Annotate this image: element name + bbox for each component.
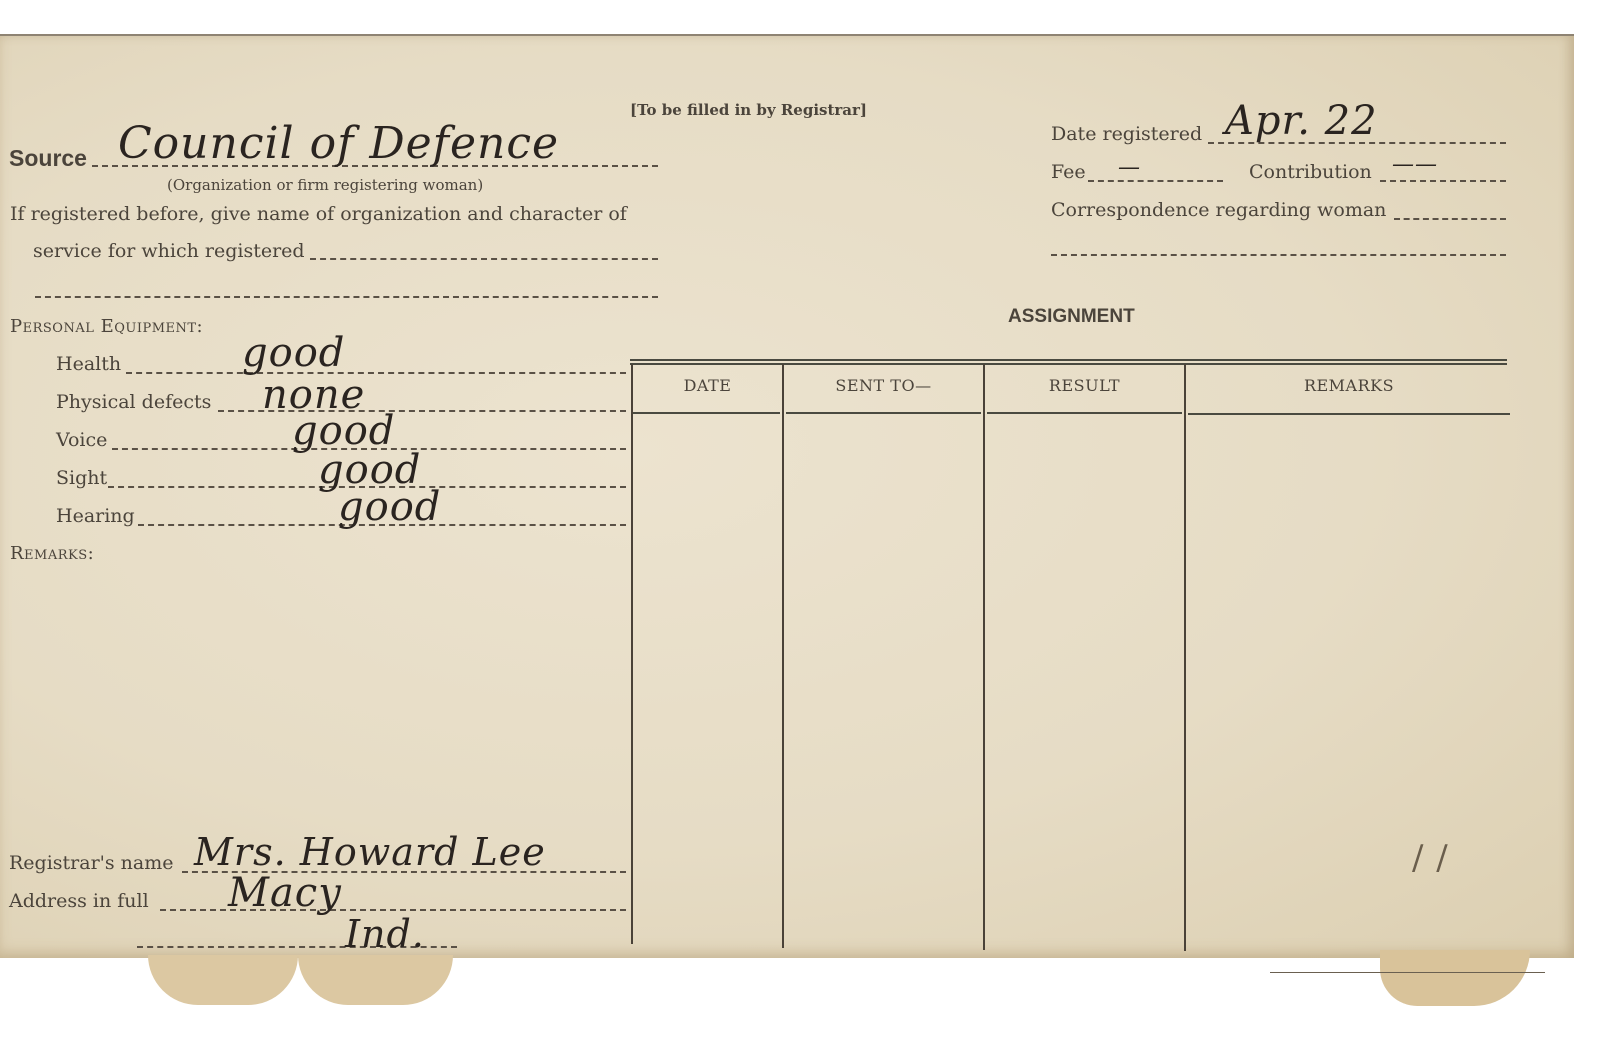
date-registered-value[interactable]: Apr. 22 bbox=[1225, 98, 1378, 144]
result-column-cells[interactable] bbox=[985, 416, 1184, 941]
source-hint: (Organization or firm registering woman) bbox=[167, 176, 483, 194]
fee-label: Fee bbox=[1051, 161, 1086, 183]
correspondence-line[interactable] bbox=[1394, 218, 1506, 220]
contribution-label: Contribution bbox=[1249, 161, 1372, 183]
hearing-value[interactable]: good bbox=[338, 484, 441, 530]
contribution-value[interactable]: —— bbox=[1392, 152, 1438, 177]
remarks-column-cells[interactable] bbox=[1186, 416, 1512, 941]
contribution-line bbox=[1380, 180, 1506, 182]
source-value[interactable]: Council of Defence bbox=[118, 118, 559, 169]
fee-value[interactable]: — bbox=[1118, 155, 1141, 180]
remarks-area[interactable] bbox=[10, 575, 610, 825]
date-column-cells[interactable] bbox=[633, 416, 782, 941]
registrar-name-value[interactable]: Mrs. Howard Lee bbox=[194, 830, 546, 874]
hearing-label: Hearing bbox=[56, 505, 135, 527]
voice-label: Voice bbox=[56, 429, 107, 451]
registrar-name-label: Registrar's name bbox=[9, 852, 174, 874]
header-underline-sent-to bbox=[786, 412, 981, 414]
source-label: Source bbox=[9, 145, 87, 172]
col-header-sent-to: SENT TO— bbox=[784, 376, 983, 395]
card-tab-right bbox=[1380, 950, 1530, 1006]
card-tab-left bbox=[148, 955, 298, 1005]
col-header-date: DATE bbox=[633, 376, 782, 395]
registrar-note: [To be filled in by Registrar] bbox=[630, 101, 867, 119]
col-header-remarks: REMARKS bbox=[1186, 376, 1512, 395]
health-value[interactable]: good bbox=[242, 330, 345, 376]
fee-line bbox=[1088, 180, 1223, 182]
prior-registration-field-2[interactable] bbox=[35, 296, 658, 298]
table-top-rule-2 bbox=[630, 363, 1507, 365]
address-label: Address in full bbox=[9, 890, 149, 912]
table-bottom-rule bbox=[1270, 972, 1545, 973]
table-top-rule bbox=[630, 359, 1507, 361]
sight-label: Sight bbox=[56, 467, 107, 489]
date-registered-label: Date registered bbox=[1051, 123, 1202, 145]
address-value-line1[interactable]: Macy bbox=[228, 870, 342, 916]
card-tab-middle bbox=[298, 955, 453, 1005]
health-label: Health bbox=[56, 353, 121, 375]
address-value-line2[interactable]: Ind. bbox=[345, 912, 425, 956]
prior-registration-line2: service for which registered bbox=[33, 240, 305, 262]
personal-equipment-heading: Personal Equipment: bbox=[10, 316, 203, 337]
remarks-label: Remarks: bbox=[10, 543, 94, 564]
assignment-title: ASSIGNMENT bbox=[1008, 306, 1135, 328]
correspondence-line-2[interactable] bbox=[1051, 254, 1506, 256]
header-underline-result bbox=[987, 412, 1182, 414]
physical-defects-label: Physical defects bbox=[56, 391, 211, 413]
correspondence-label: Correspondence regarding woman bbox=[1051, 199, 1386, 221]
col-header-result: RESULT bbox=[985, 376, 1184, 395]
prior-registration-line1: If registered before, give name of organ… bbox=[10, 203, 627, 225]
header-underline-date bbox=[633, 412, 780, 414]
margin-marks: / / bbox=[1412, 838, 1449, 878]
sent-to-column-cells[interactable] bbox=[784, 416, 983, 941]
prior-registration-field[interactable] bbox=[310, 258, 658, 260]
health-line bbox=[126, 372, 626, 374]
header-underline-remarks bbox=[1188, 413, 1510, 415]
